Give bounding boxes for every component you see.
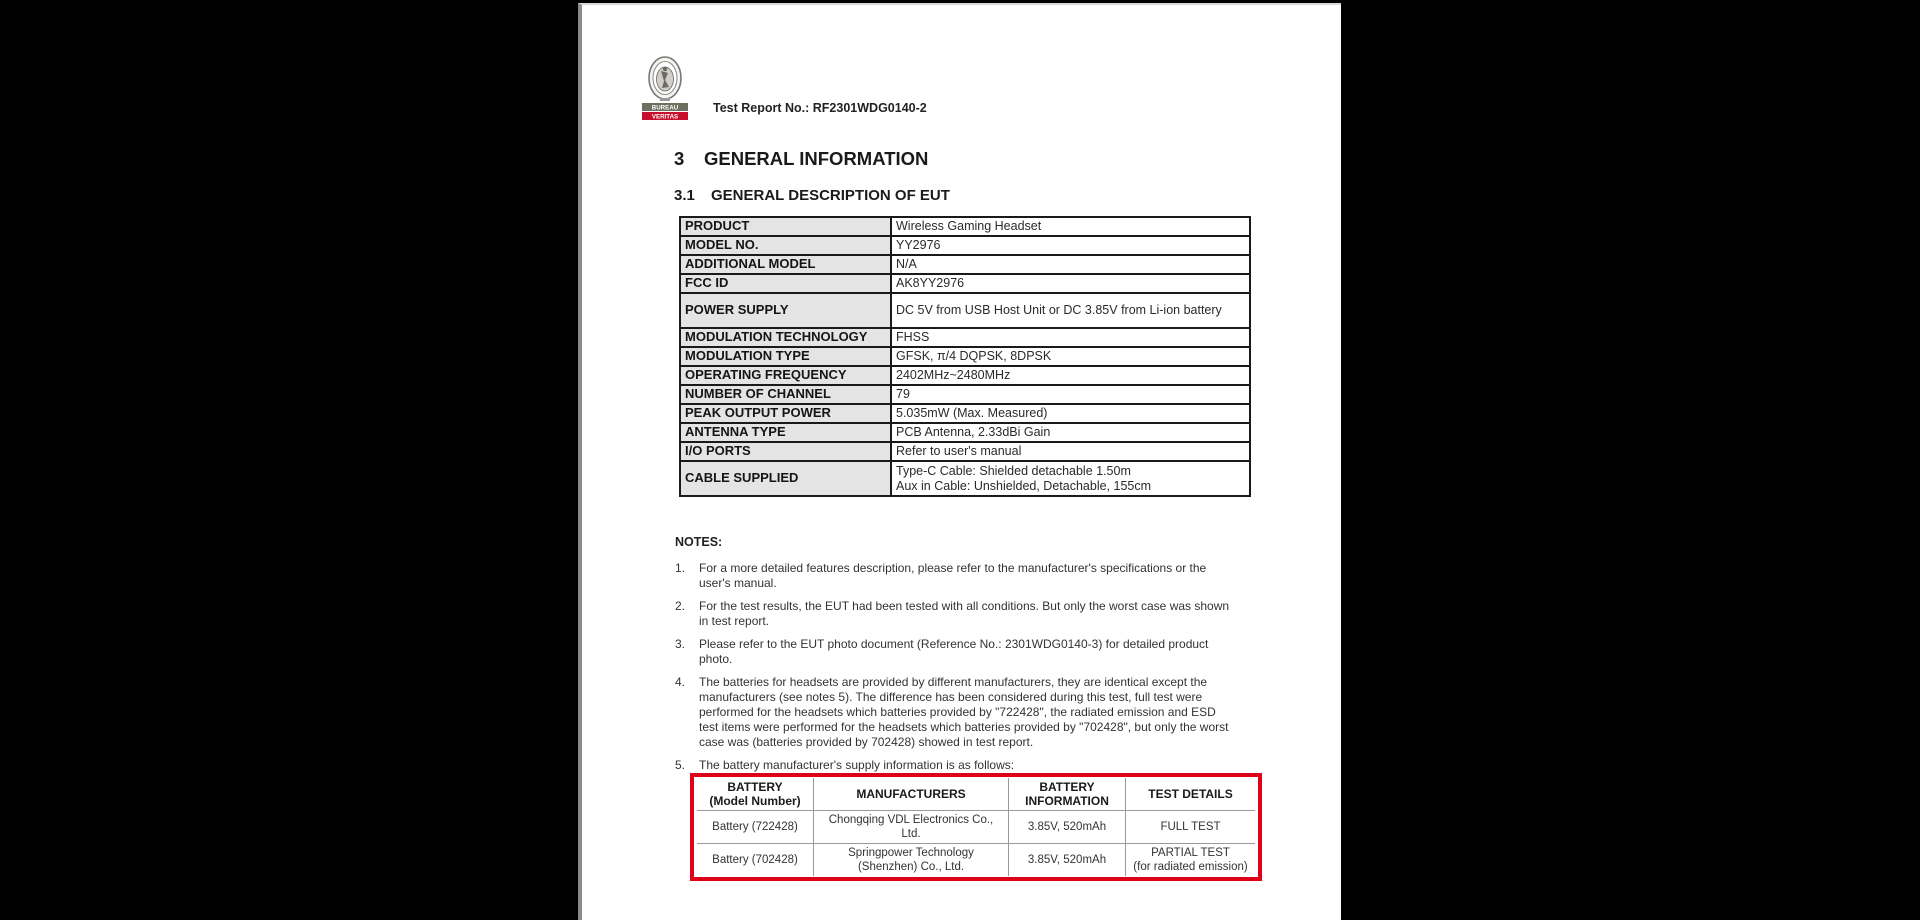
row-value: Refer to user's manual <box>891 442 1250 461</box>
subsection-title: GENERAL DESCRIPTION OF EUT <box>711 187 950 204</box>
header-line: BATTERY <box>1011 780 1123 794</box>
cable-line-1: Type-C Cable: Shielded detachable 1.50m <box>896 464 1245 479</box>
battery-info: 3.85V, 520mAh <box>1009 844 1126 877</box>
note-text: Please refer to the EUT photo document (… <box>699 637 1208 666</box>
note-number: 3. <box>675 637 685 652</box>
manufacturer-line: Ltd. <box>816 827 1006 841</box>
table-row: POWER SUPPLY DC 5V from USB Host Unit or… <box>680 293 1250 328</box>
row-label: PRODUCT <box>680 217 891 236</box>
battery-table-highlight: BATTERY (Model Number) MANUFACTURERS BAT… <box>690 773 1262 881</box>
battery-manufacturer: Chongqing VDL Electronics Co., Ltd. <box>814 811 1009 844</box>
table-row: Battery (722428) Chongqing VDL Electroni… <box>697 811 1255 844</box>
row-label: POWER SUPPLY <box>680 293 891 328</box>
note-item: 4.The batteries for headsets are provide… <box>675 675 1235 750</box>
header-line: BATTERY <box>699 780 811 794</box>
note-item: 2.For the test results, the EUT had been… <box>675 599 1235 629</box>
row-value: GFSK, π/4 DQPSK, 8DPSK <box>891 347 1250 366</box>
row-value: 5.035mW (Max. Measured) <box>891 404 1250 423</box>
note-text: For a more detailed features description… <box>699 561 1206 590</box>
test-details: PARTIAL TEST (for radiated emission) <box>1126 844 1256 877</box>
table-row: MODEL NO. YY2976 <box>680 236 1250 255</box>
table-row: MODULATION TYPE GFSK, π/4 DQPSK, 8DPSK <box>680 347 1250 366</box>
row-label: ADDITIONAL MODEL <box>680 255 891 274</box>
row-label: MODEL NO. <box>680 236 891 255</box>
table-row: ANTENNA TYPE PCB Antenna, 2.33dBi Gain <box>680 423 1250 442</box>
report-number: Test Report No.: RF2301WDG0140-2 <box>713 101 927 115</box>
header-test-details: TEST DETAILS <box>1126 778 1256 811</box>
section-number: 3 <box>674 148 704 170</box>
note-text: The battery manufacturer's supply inform… <box>699 758 1014 772</box>
row-value: 2402MHz~2480MHz <box>891 366 1250 385</box>
table-row: ADDITIONAL MODEL N/A <box>680 255 1250 274</box>
note-number: 5. <box>675 758 685 773</box>
row-label: MODULATION TECHNOLOGY <box>680 328 891 347</box>
note-text: The batteries for headsets are provided … <box>699 675 1228 749</box>
test-details: FULL TEST <box>1126 811 1256 844</box>
note-item: 1.For a more detailed features descripti… <box>675 561 1235 591</box>
svg-text:BUREAU: BUREAU <box>652 105 679 112</box>
row-value: AK8YY2976 <box>891 274 1250 293</box>
row-label: ANTENNA TYPE <box>680 423 891 442</box>
notes-list: 1.For a more detailed features descripti… <box>675 561 1235 781</box>
section-heading: 3GENERAL INFORMATION <box>674 148 928 170</box>
header-line: (Model Number) <box>699 794 811 808</box>
table-row: OPERATING FREQUENCY 2402MHz~2480MHz <box>680 366 1250 385</box>
table-row: PRODUCT Wireless Gaming Headset <box>680 217 1250 236</box>
manufacturer-line: Chongqing VDL Electronics Co., <box>816 813 1006 827</box>
battery-model: Battery (722428) <box>697 811 814 844</box>
battery-manufacturer: Springpower Technology (Shenzhen) Co., L… <box>814 844 1009 877</box>
row-value: Type-C Cable: Shielded detachable 1.50m … <box>891 461 1250 496</box>
note-text: For the test results, the EUT had been t… <box>699 599 1229 628</box>
row-label: OPERATING FREQUENCY <box>680 366 891 385</box>
manufacturer-line: (Shenzhen) Co., Ltd. <box>816 860 1006 874</box>
note-number: 4. <box>675 675 685 690</box>
row-value: YY2976 <box>891 236 1250 255</box>
battery-info: 3.85V, 520mAh <box>1009 811 1126 844</box>
row-label: I/O PORTS <box>680 442 891 461</box>
header-battery-model: BATTERY (Model Number) <box>697 778 814 811</box>
row-value: DC 5V from USB Host Unit or DC 3.85V fro… <box>891 293 1250 328</box>
header-line: INFORMATION <box>1011 794 1123 808</box>
subsection-number: 3.1 <box>674 187 711 204</box>
battery-supply-table: BATTERY (Model Number) MANUFACTURERS BAT… <box>697 778 1255 876</box>
bureau-veritas-logo-icon: BUREAU VERITAS <box>640 53 690 125</box>
battery-model: Battery (702428) <box>697 844 814 877</box>
document-viewer: BUREAU VERITAS Test Report No.: RF2301WD… <box>0 0 1920 920</box>
table-row: NUMBER OF CHANNEL 79 <box>680 385 1250 404</box>
row-value: FHSS <box>891 328 1250 347</box>
row-value: Wireless Gaming Headset <box>891 217 1250 236</box>
row-label: NUMBER OF CHANNEL <box>680 385 891 404</box>
section-title: GENERAL INFORMATION <box>704 148 928 169</box>
note-item: 3.Please refer to the EUT photo document… <box>675 637 1235 667</box>
table-row: MODULATION TECHNOLOGY FHSS <box>680 328 1250 347</box>
svg-text:VERITAS: VERITAS <box>652 114 678 121</box>
test-line: PARTIAL TEST <box>1128 846 1253 860</box>
subsection-heading: 3.1GENERAL DESCRIPTION OF EUT <box>674 187 950 204</box>
manufacturer-line: Springpower Technology <box>816 846 1006 860</box>
cable-line-2: Aux in Cable: Unshielded, Detachable, 15… <box>896 479 1245 494</box>
row-label: MODULATION TYPE <box>680 347 891 366</box>
table-row: I/O PORTS Refer to user's manual <box>680 442 1250 461</box>
header-battery-information: BATTERY INFORMATION <box>1009 778 1126 811</box>
row-label: CABLE SUPPLIED <box>680 461 891 496</box>
table-row: FCC ID AK8YY2976 <box>680 274 1250 293</box>
table-row: PEAK OUTPUT POWER 5.035mW (Max. Measured… <box>680 404 1250 423</box>
note-item: 5.The battery manufacturer's supply info… <box>675 758 1235 773</box>
table-header-row: BATTERY (Model Number) MANUFACTURERS BAT… <box>697 778 1255 811</box>
table-row: Battery (702428) Springpower Technology … <box>697 844 1255 877</box>
note-number: 1. <box>675 561 685 576</box>
test-line: (for radiated emission) <box>1128 860 1253 874</box>
note-number: 2. <box>675 599 685 614</box>
header-manufacturers: MANUFACTURERS <box>814 778 1009 811</box>
row-value: 79 <box>891 385 1250 404</box>
document-page: BUREAU VERITAS Test Report No.: RF2301WD… <box>578 3 1341 920</box>
row-value: PCB Antenna, 2.33dBi Gain <box>891 423 1250 442</box>
row-label: FCC ID <box>680 274 891 293</box>
notes-title: NOTES: <box>675 535 722 549</box>
table-row: CABLE SUPPLIED Type-C Cable: Shielded de… <box>680 461 1250 496</box>
row-value: N/A <box>891 255 1250 274</box>
eut-description-table: PRODUCT Wireless Gaming Headset MODEL NO… <box>679 216 1251 497</box>
row-label: PEAK OUTPUT POWER <box>680 404 891 423</box>
